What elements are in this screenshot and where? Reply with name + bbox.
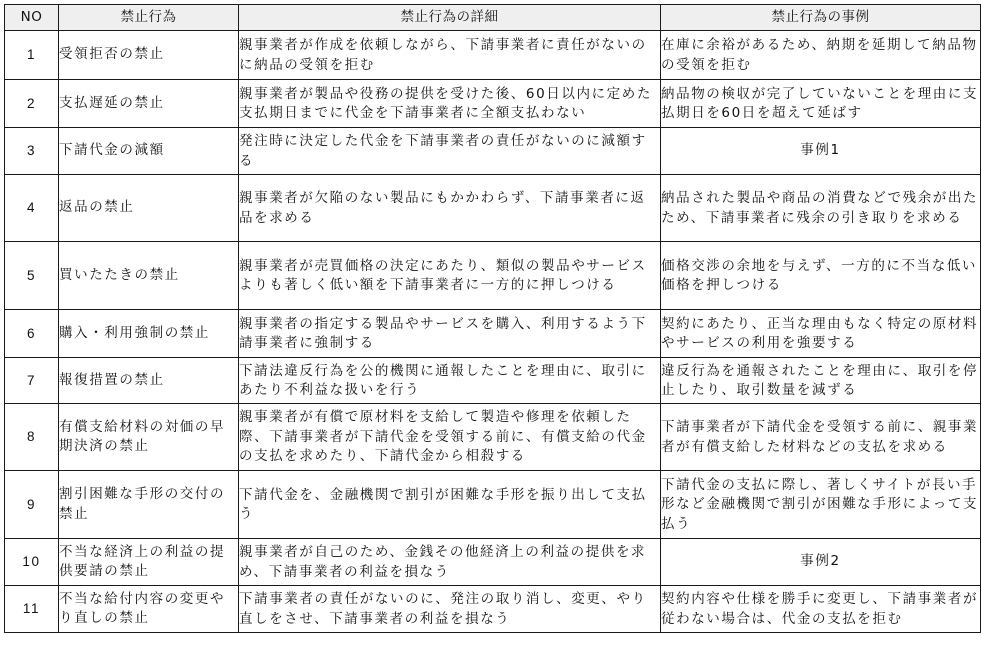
prohibited-act: 購入・利用強制の禁止 — [59, 310, 239, 358]
act-detail-text: 親事業者が自己のため、金銭その他経済上の利益の提供を求め、下請事業者の利益を損な… — [239, 542, 660, 582]
row-number: 3 — [5, 128, 59, 175]
act-example-text: 契約にあたり、正当な理由もなく特定の原材料やサービスの利用を強要する — [661, 314, 980, 354]
act-example: 違反行為を通報されたことを理由に、取引を停止したり、取引数量を減ずる — [661, 358, 981, 404]
act-detail: 親事業者が自己のため、金銭その他経済上の利益の提供を求め、下請事業者の利益を損な… — [239, 539, 661, 586]
act-detail: 下請事業者の責任がないのに、発注の取り消し、変更、やり直しをさせ、下請事業者の利… — [239, 586, 661, 633]
table-header: NO 禁止行為 禁止行為の詳細 禁止行為の事例 — [5, 5, 981, 31]
act-detail-text: 親事業者が欠陥のない製品にもかかわらず、下請事業者に返品を求める — [239, 188, 660, 228]
act-example: 納品された製品や商品の消費などで残余が出たため、下請事業者に残余の引き取りを求め… — [661, 175, 981, 242]
act-example: 契約内容や仕様を勝手に変更し、下請事業者が従わない場合は、代金の支払を拒む — [661, 586, 981, 633]
row-number: 5 — [5, 242, 59, 310]
act-example-text: 価格交渉の余地を与えず、一方的に不当な低い価格を押しつける — [661, 256, 980, 296]
table-row: 4 返品の禁止 親事業者が欠陥のない製品にもかかわらず、下請事業者に返品を求める… — [5, 175, 981, 242]
row-number: 9 — [5, 471, 59, 539]
act-example-reference: 事例1 — [661, 128, 981, 175]
act-example: 契約にあたり、正当な理由もなく特定の原材料やサービスの利用を強要する — [661, 310, 981, 358]
act-detail: 親事業者が製品や役務の提供を受けた後、60日以内に定めた支払期日までに代金を下請… — [239, 80, 661, 128]
act-detail-text: 発注時に決定した代金を下請事業者の責任がないのに減額する — [239, 131, 660, 171]
act-example-text: 契約内容や仕様を勝手に変更し、下請事業者が従わない場合は、代金の支払を拒む — [661, 589, 980, 629]
act-example: 在庫に余裕があるため、納期を延期して納品物の受領を拒む — [661, 31, 981, 80]
act-detail-text: 下請代金を、金融機関で割引が困難な手形を振り出して支払う — [239, 485, 660, 525]
table-row: 3 下請代金の減額 発注時に決定した代金を下請事業者の責任がないのに減額する 事… — [5, 128, 981, 175]
act-detail: 下請法違反行為を公的機関に通報したことを理由に、取引にあたり不利益な扱いを行う — [239, 358, 661, 404]
row-number: 11 — [5, 586, 59, 633]
row-number: 6 — [5, 310, 59, 358]
act-example: 納品物の検収が完了していないことを理由に支払期日を60日を超えて延ばす — [661, 80, 981, 128]
row-number: 8 — [5, 404, 59, 471]
prohibited-acts-table: NO 禁止行為 禁止行為の詳細 禁止行為の事例 1 受領拒否の禁止 親事業者が作… — [4, 4, 981, 633]
header-example: 禁止行為の事例 — [661, 5, 981, 31]
act-example: 価格交渉の余地を与えず、一方的に不当な低い価格を押しつける — [661, 242, 981, 310]
header-act: 禁止行為 — [59, 5, 239, 31]
prohibited-act: 返品の禁止 — [59, 175, 239, 242]
prohibited-act: 買いたたきの禁止 — [59, 242, 239, 310]
row-number: 4 — [5, 175, 59, 242]
act-detail: 親事業者が売買価格の決定にあたり、類似の製品やサービスよりも著しく低い額を下請事… — [239, 242, 661, 310]
table-row: 7 報復措置の禁止 下請法違反行為を公的機関に通報したことを理由に、取引にあたり… — [5, 358, 981, 404]
act-example: 下請代金の支払に際し、著しくサイトが長い手形など金融機関で割引が困難な手形によっ… — [661, 471, 981, 539]
table-row: 1 受領拒否の禁止 親事業者が作成を依頼しながら、下請事業者に責任がないのに納品… — [5, 31, 981, 80]
table-row: 6 購入・利用強制の禁止 親事業者の指定する製品やサービスを購入、利用するよう下… — [5, 310, 981, 358]
act-detail: 発注時に決定した代金を下請事業者の責任がないのに減額する — [239, 128, 661, 175]
act-detail-text: 下請法違反行為を公的機関に通報したことを理由に、取引にあたり不利益な扱いを行う — [239, 361, 660, 401]
table-row: 5 買いたたきの禁止 親事業者が売買価格の決定にあたり、類似の製品やサービスより… — [5, 242, 981, 310]
act-detail-text: 親事業者の指定する製品やサービスを購入、利用するよう下請事業者に強制する — [239, 314, 660, 354]
table-row: 2 支払遅延の禁止 親事業者が製品や役務の提供を受けた後、60日以内に定めた支払… — [5, 80, 981, 128]
header-no: NO — [5, 5, 59, 31]
act-detail: 下請代金を、金融機関で割引が困難な手形を振り出して支払う — [239, 471, 661, 539]
act-example-text: 違反行為を通報されたことを理由に、取引を停止したり、取引数量を減ずる — [661, 361, 980, 401]
row-number: 1 — [5, 31, 59, 80]
act-detail-text: 親事業者が製品や役務の提供を受けた後、60日以内に定めた支払期日までに代金を下請… — [239, 84, 660, 124]
act-detail: 親事業者の指定する製品やサービスを購入、利用するよう下請事業者に強制する — [239, 310, 661, 358]
act-example-text: 下請代金の支払に際し、著しくサイトが長い手形など金融機関で割引が困難な手形によっ… — [661, 475, 980, 535]
act-example-text: 納品物の検収が完了していないことを理由に支払期日を60日を超えて延ばす — [661, 84, 980, 124]
act-detail-text: 親事業者が作成を依頼しながら、下請事業者に責任がないのに納品の受領を拒む — [239, 35, 660, 75]
act-example-reference: 事例2 — [661, 539, 981, 586]
prohibited-act: 不当な給付内容の変更やり直しの禁止 — [59, 586, 239, 633]
prohibited-act: 割引困難な手形の交付の禁止 — [59, 471, 239, 539]
prohibited-act: 有償支給材料の対価の早期決済の禁止 — [59, 404, 239, 471]
act-detail-text: 親事業者が有償で原材料を支給して製造や修理を依頼した際、下請事業者が下請代金を受… — [239, 407, 660, 467]
header-row: NO 禁止行為 禁止行為の詳細 禁止行為の事例 — [5, 5, 981, 31]
prohibited-act: 報復措置の禁止 — [59, 358, 239, 404]
act-example-text: 納品された製品や商品の消費などで残余が出たため、下請事業者に残余の引き取りを求め… — [661, 188, 980, 228]
table-row: 11 不当な給付内容の変更やり直しの禁止 下請事業者の責任がないのに、発注の取り… — [5, 586, 981, 633]
act-example-text: 在庫に余裕があるため、納期を延期して納品物の受領を拒む — [661, 35, 980, 75]
prohibited-act: 支払遅延の禁止 — [59, 80, 239, 128]
act-detail-text: 下請事業者の責任がないのに、発注の取り消し、変更、やり直しをさせ、下請事業者の利… — [239, 589, 660, 629]
table-row: 10 不当な経済上の利益の提供要請の禁止 親事業者が自己のため、金銭その他経済上… — [5, 539, 981, 586]
table-row: 8 有償支給材料の対価の早期決済の禁止 親事業者が有償で原材料を支給して製造や修… — [5, 404, 981, 471]
act-detail: 親事業者が欠陥のない製品にもかかわらず、下請事業者に返品を求める — [239, 175, 661, 242]
act-detail: 親事業者が有償で原材料を支給して製造や修理を依頼した際、下請事業者が下請代金を受… — [239, 404, 661, 471]
act-detail: 親事業者が作成を依頼しながら、下請事業者に責任がないのに納品の受領を拒む — [239, 31, 661, 80]
act-detail-text: 親事業者が売買価格の決定にあたり、類似の製品やサービスよりも著しく低い額を下請事… — [239, 256, 660, 296]
row-number: 7 — [5, 358, 59, 404]
act-example-text: 下請事業者が下請代金を受領する前に、親事業者が有償支給した材料などの支払を求める — [661, 417, 980, 457]
prohibited-act: 不当な経済上の利益の提供要請の禁止 — [59, 539, 239, 586]
prohibited-act: 受領拒否の禁止 — [59, 31, 239, 80]
header-detail: 禁止行為の詳細 — [239, 5, 661, 31]
row-number: 2 — [5, 80, 59, 128]
table-row: 9 割引困難な手形の交付の禁止 下請代金を、金融機関で割引が困難な手形を振り出し… — [5, 471, 981, 539]
table-body: 1 受領拒否の禁止 親事業者が作成を依頼しながら、下請事業者に責任がないのに納品… — [5, 31, 981, 633]
act-example: 下請事業者が下請代金を受領する前に、親事業者が有償支給した材料などの支払を求める — [661, 404, 981, 471]
prohibited-act: 下請代金の減額 — [59, 128, 239, 175]
row-number: 10 — [5, 539, 59, 586]
